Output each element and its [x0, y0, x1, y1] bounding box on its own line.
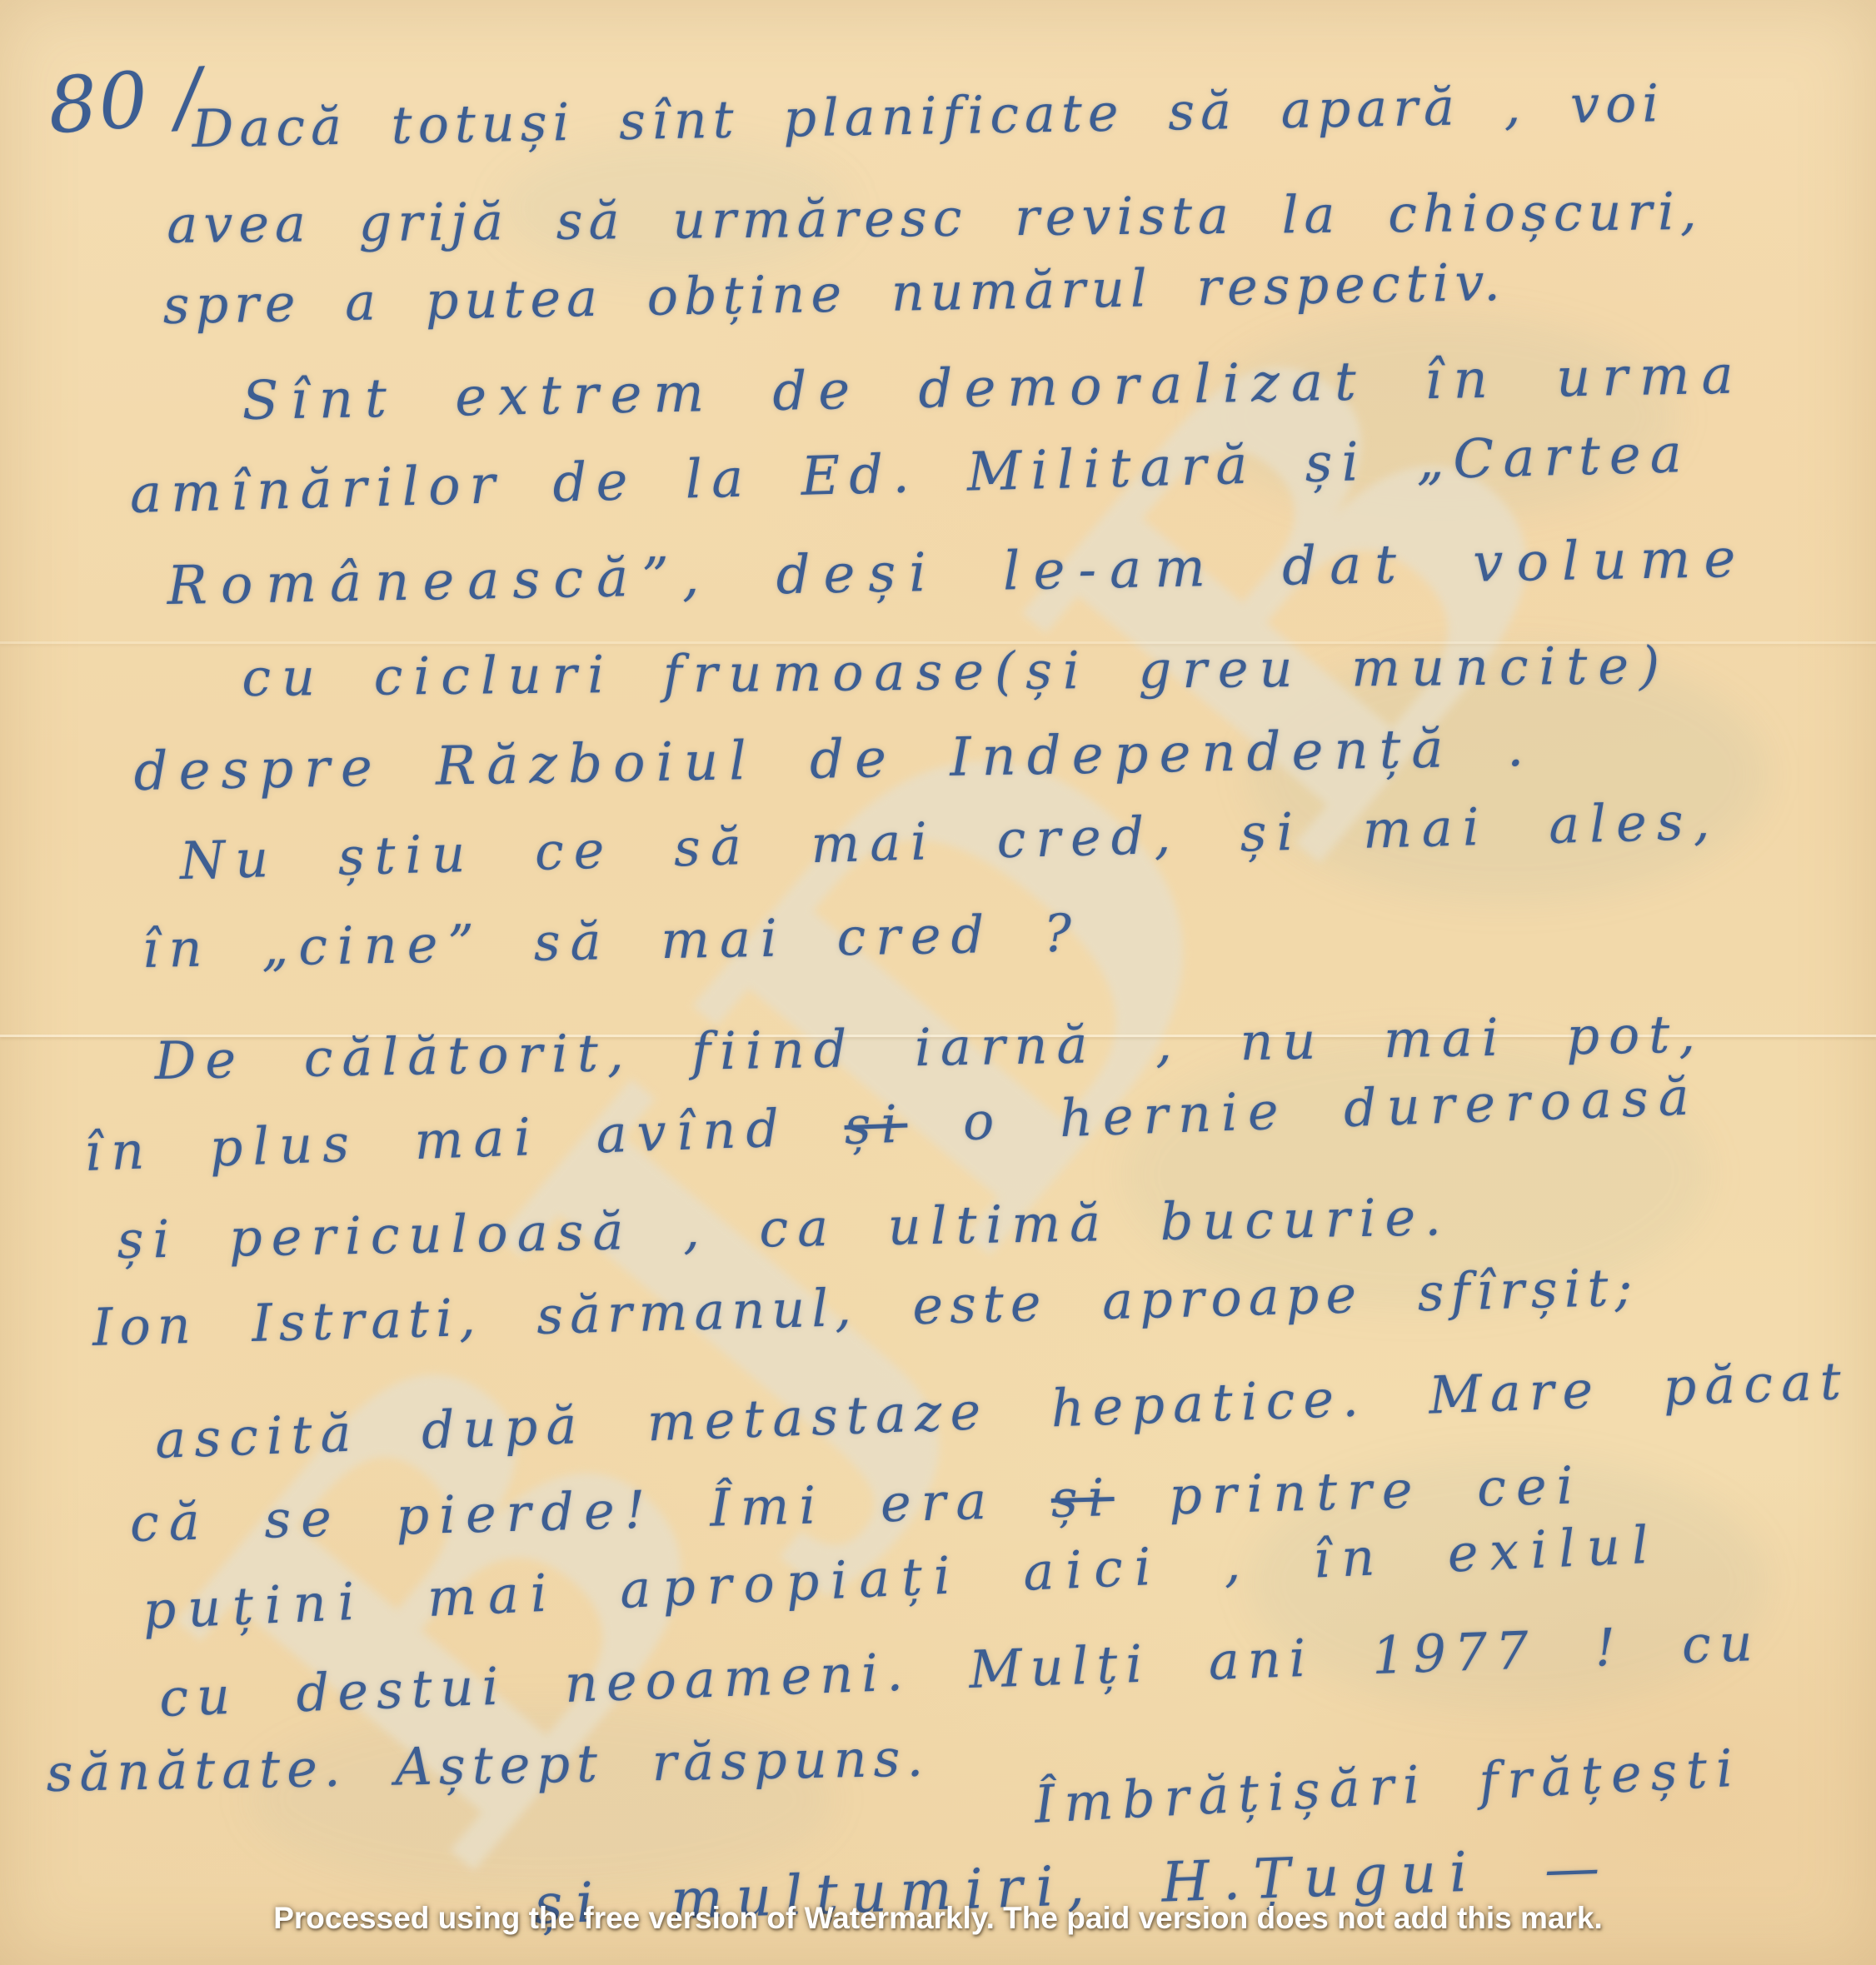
letter-page: { "document": { "page_number": "80 ∕", "… — [0, 0, 1876, 1965]
watermarkly-notice: Processed using the free version of Wate… — [0, 1901, 1876, 1936]
struck-word: și — [1050, 1467, 1115, 1529]
letter-text: cu cicluri frumoase(și greu muncite) — [242, 635, 1670, 708]
letter-line: cu cicluri frumoase(și greu muncite) — [242, 635, 1670, 708]
letter-text: printre cei — [1114, 1454, 1584, 1528]
struck-word: și — [843, 1094, 908, 1157]
page-number: 80 ∕ — [45, 52, 205, 152]
